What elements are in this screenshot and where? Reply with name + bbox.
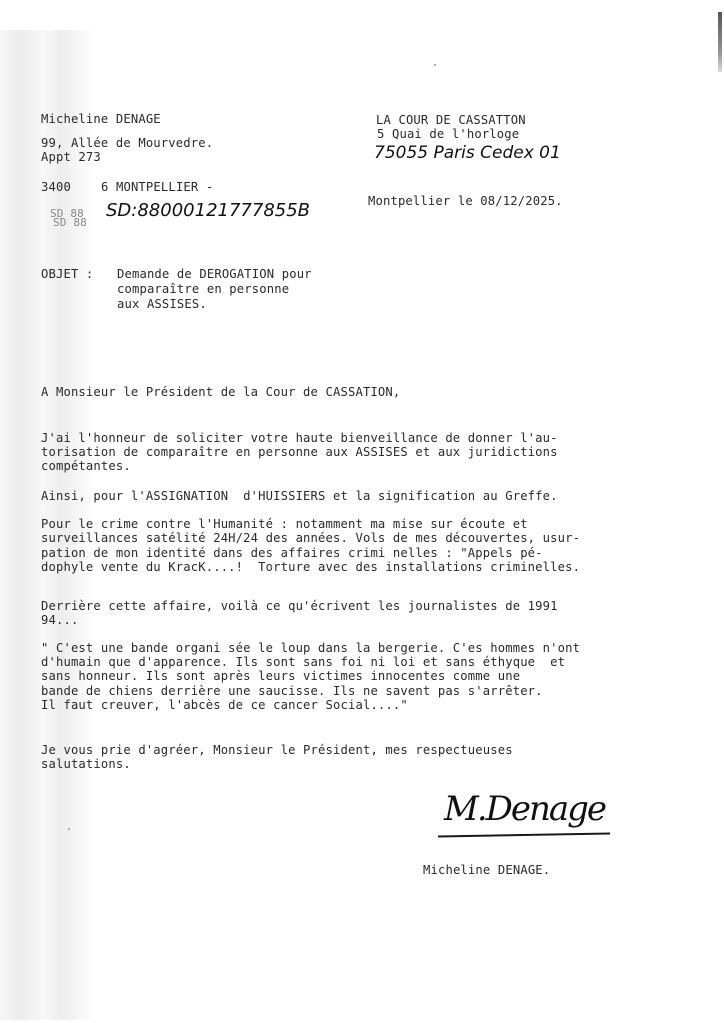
handwritten-reference: SD:88000121777855B — [106, 200, 310, 221]
page-edge-mark — [718, 12, 722, 72]
body-line: surveillances satélité 24H/24 des années… — [41, 531, 580, 546]
subject-line: comparaître en personne — [117, 282, 289, 297]
recipient-name: LA COUR DE CASSATTON — [376, 113, 526, 128]
sender-name: Micheline DENAGE — [41, 112, 161, 127]
body-line: Ainsi, pour l'ASSIGNATION d'HUISSIERS et… — [41, 489, 558, 504]
sender-postal-code: 3400 — [41, 180, 71, 195]
body-line: 94... — [41, 613, 78, 628]
body-line: Pour le crime contre l'Humanité : notamm… — [41, 517, 528, 532]
scan-speck — [68, 828, 70, 830]
body-line: compétantes. — [41, 459, 131, 474]
body-line: dophyle vente du KracK....! Torture avec… — [41, 560, 580, 575]
salutation: A Monsieur le Président de la Cour de CA… — [41, 385, 400, 400]
sender-address-line1: 99, Allée de Mourvedre. — [41, 136, 213, 151]
sender-city: 6 MONTPELLIER - — [101, 180, 213, 195]
body-line: J'ai l'honneur de soliciter votre haute … — [41, 431, 558, 446]
quote-line: d'humain que d'apparence. Ils sont sans … — [41, 655, 565, 670]
closing-line: Je vous prie d'agréer, Monsieur le Prési… — [41, 743, 513, 758]
quote-line: bande de chiens derrière une saucisse. I… — [41, 684, 543, 699]
subject-line: Demande de DEROGATION pour — [117, 267, 312, 282]
body-line: Derrière cette affaire, voilà ce qu'écri… — [41, 599, 558, 614]
subject-line: aux ASSISES. — [117, 297, 207, 312]
quote-line: Il faut creuver, l'abcès de ce cancer So… — [41, 698, 408, 713]
body-line: torisation de comparaître en personne au… — [41, 445, 558, 460]
recipient-city-handwritten: 75055 Paris Cedex 01 — [374, 143, 561, 163]
sender-address-line2: Appt 273 — [41, 150, 101, 165]
scan-speck — [434, 64, 436, 66]
letter-page: Micheline DENAGE 99, Allée de Mourvedre.… — [0, 0, 724, 1023]
body-line: pation de mon identité dans des affaires… — [41, 546, 543, 561]
scan-speck — [270, 566, 272, 568]
recipient-address: 5 Quai de l'horloge — [377, 127, 519, 142]
typed-ref-faint-2: SD 88 — [53, 216, 87, 231]
subject-label: OBJET : — [41, 267, 93, 282]
handwritten-signature: M.Denage — [444, 789, 605, 829]
closing-line: salutations. — [41, 757, 131, 772]
signature-underline — [438, 832, 610, 837]
quote-line: sans honneur. Ils sont après leurs victi… — [41, 669, 520, 684]
place-date: Montpellier le 08/12/2025. — [368, 194, 563, 209]
quote-line: " C'est une bande organi sée le loup dan… — [41, 641, 580, 656]
signatory-name: Micheline DENAGE. — [423, 863, 550, 878]
